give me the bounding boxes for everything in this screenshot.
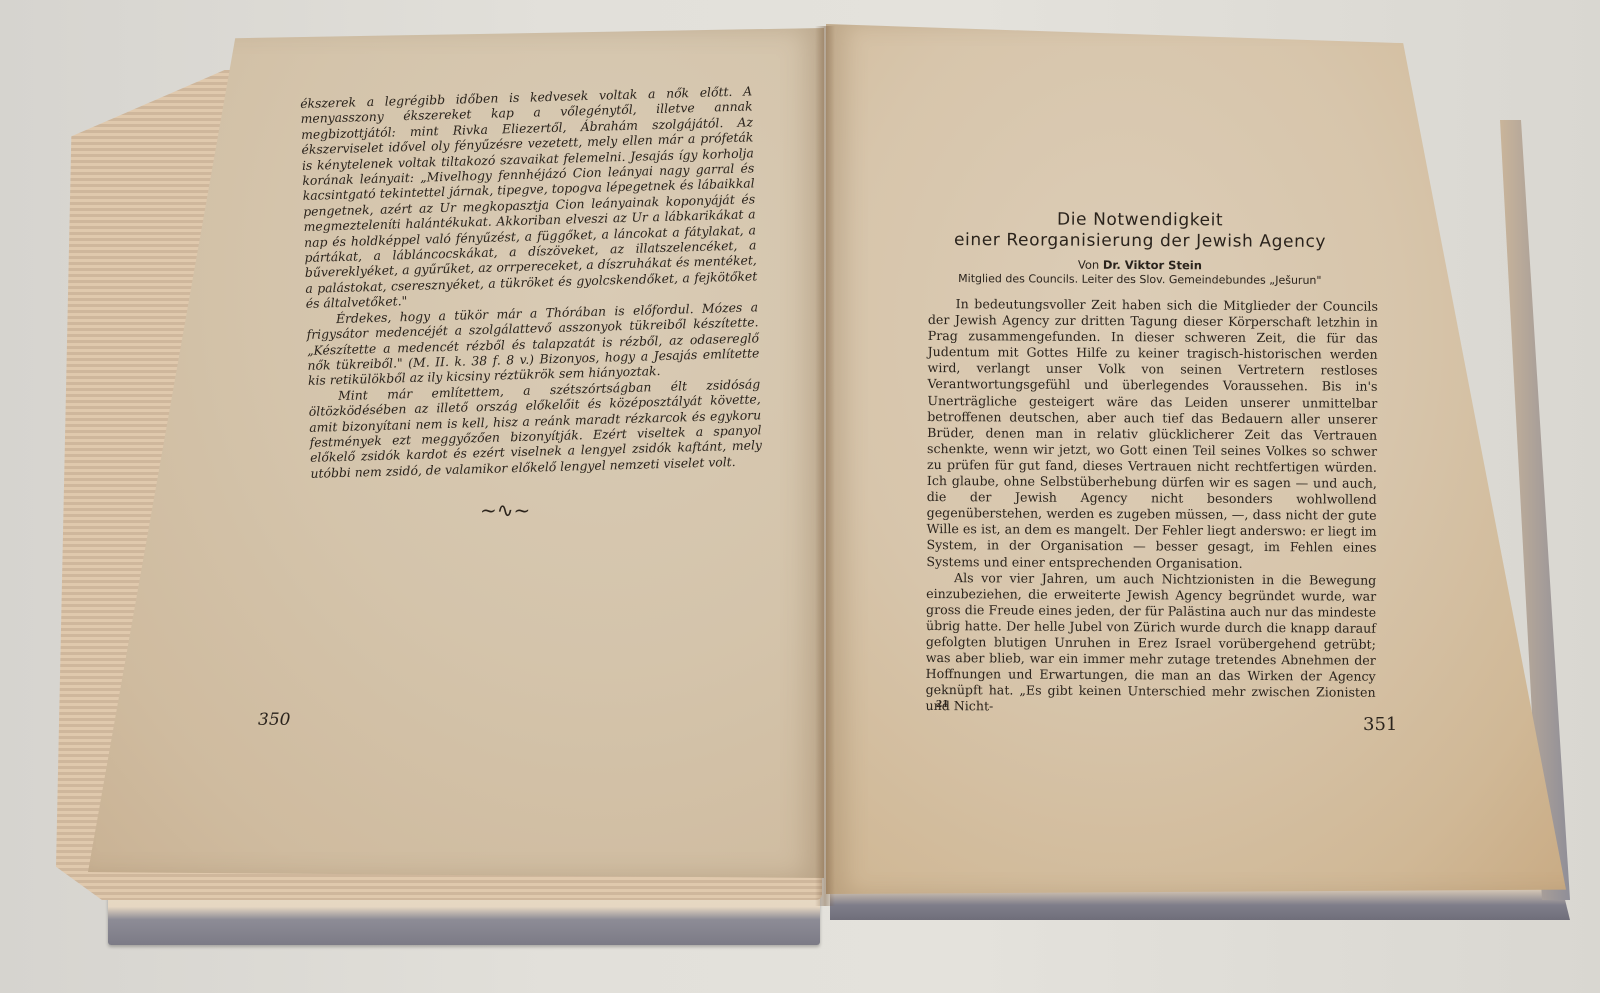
- flourish-ornament-icon: ~∿~: [480, 498, 530, 522]
- left-paragraph-3: Mint már említettem, a szétszórtságban é…: [308, 376, 762, 481]
- book-gutter: [815, 26, 835, 906]
- article-title-line-2: einer Reorganisierung der Jewish Agency: [905, 230, 1375, 253]
- article-heading: Die Notwendigkeit einer Reorganisierung …: [905, 209, 1375, 287]
- right-page-body: In bedeutungsvoller Zeit haben sich die …: [925, 296, 1378, 717]
- article-byline: Von Dr. Viktor Stein: [905, 257, 1375, 273]
- left-paragraph-1: ékszerek a legrégibb időben is kedvesek …: [300, 83, 758, 311]
- right-paragraph-2: Als vor vier Jahren, um auch Nichtzionis…: [925, 570, 1376, 718]
- left-page-body: ékszerek a legrégibb időben is kedvesek …: [300, 83, 763, 481]
- page-number-left: 350: [258, 710, 290, 730]
- left-paragraph-2: Érdekes, hogy a tükör már a Thórában is …: [306, 299, 760, 389]
- right-paragraph-1: In bedeutungsvoller Zeit haben sich die …: [926, 296, 1378, 572]
- signature-mark: 21: [936, 700, 949, 710]
- author-name: Dr. Viktor Stein: [1103, 258, 1202, 273]
- byline-prefix: Von: [1078, 258, 1099, 272]
- author-affiliation: Mitglied des Councils. Leiter des Slov. …: [905, 272, 1375, 287]
- article-title-line-1: Die Notwendigkeit: [905, 209, 1375, 232]
- page-number-right: 351: [1363, 714, 1397, 735]
- open-book-photo: ékszerek a legrégibb időben is kedvesek …: [0, 0, 1600, 993]
